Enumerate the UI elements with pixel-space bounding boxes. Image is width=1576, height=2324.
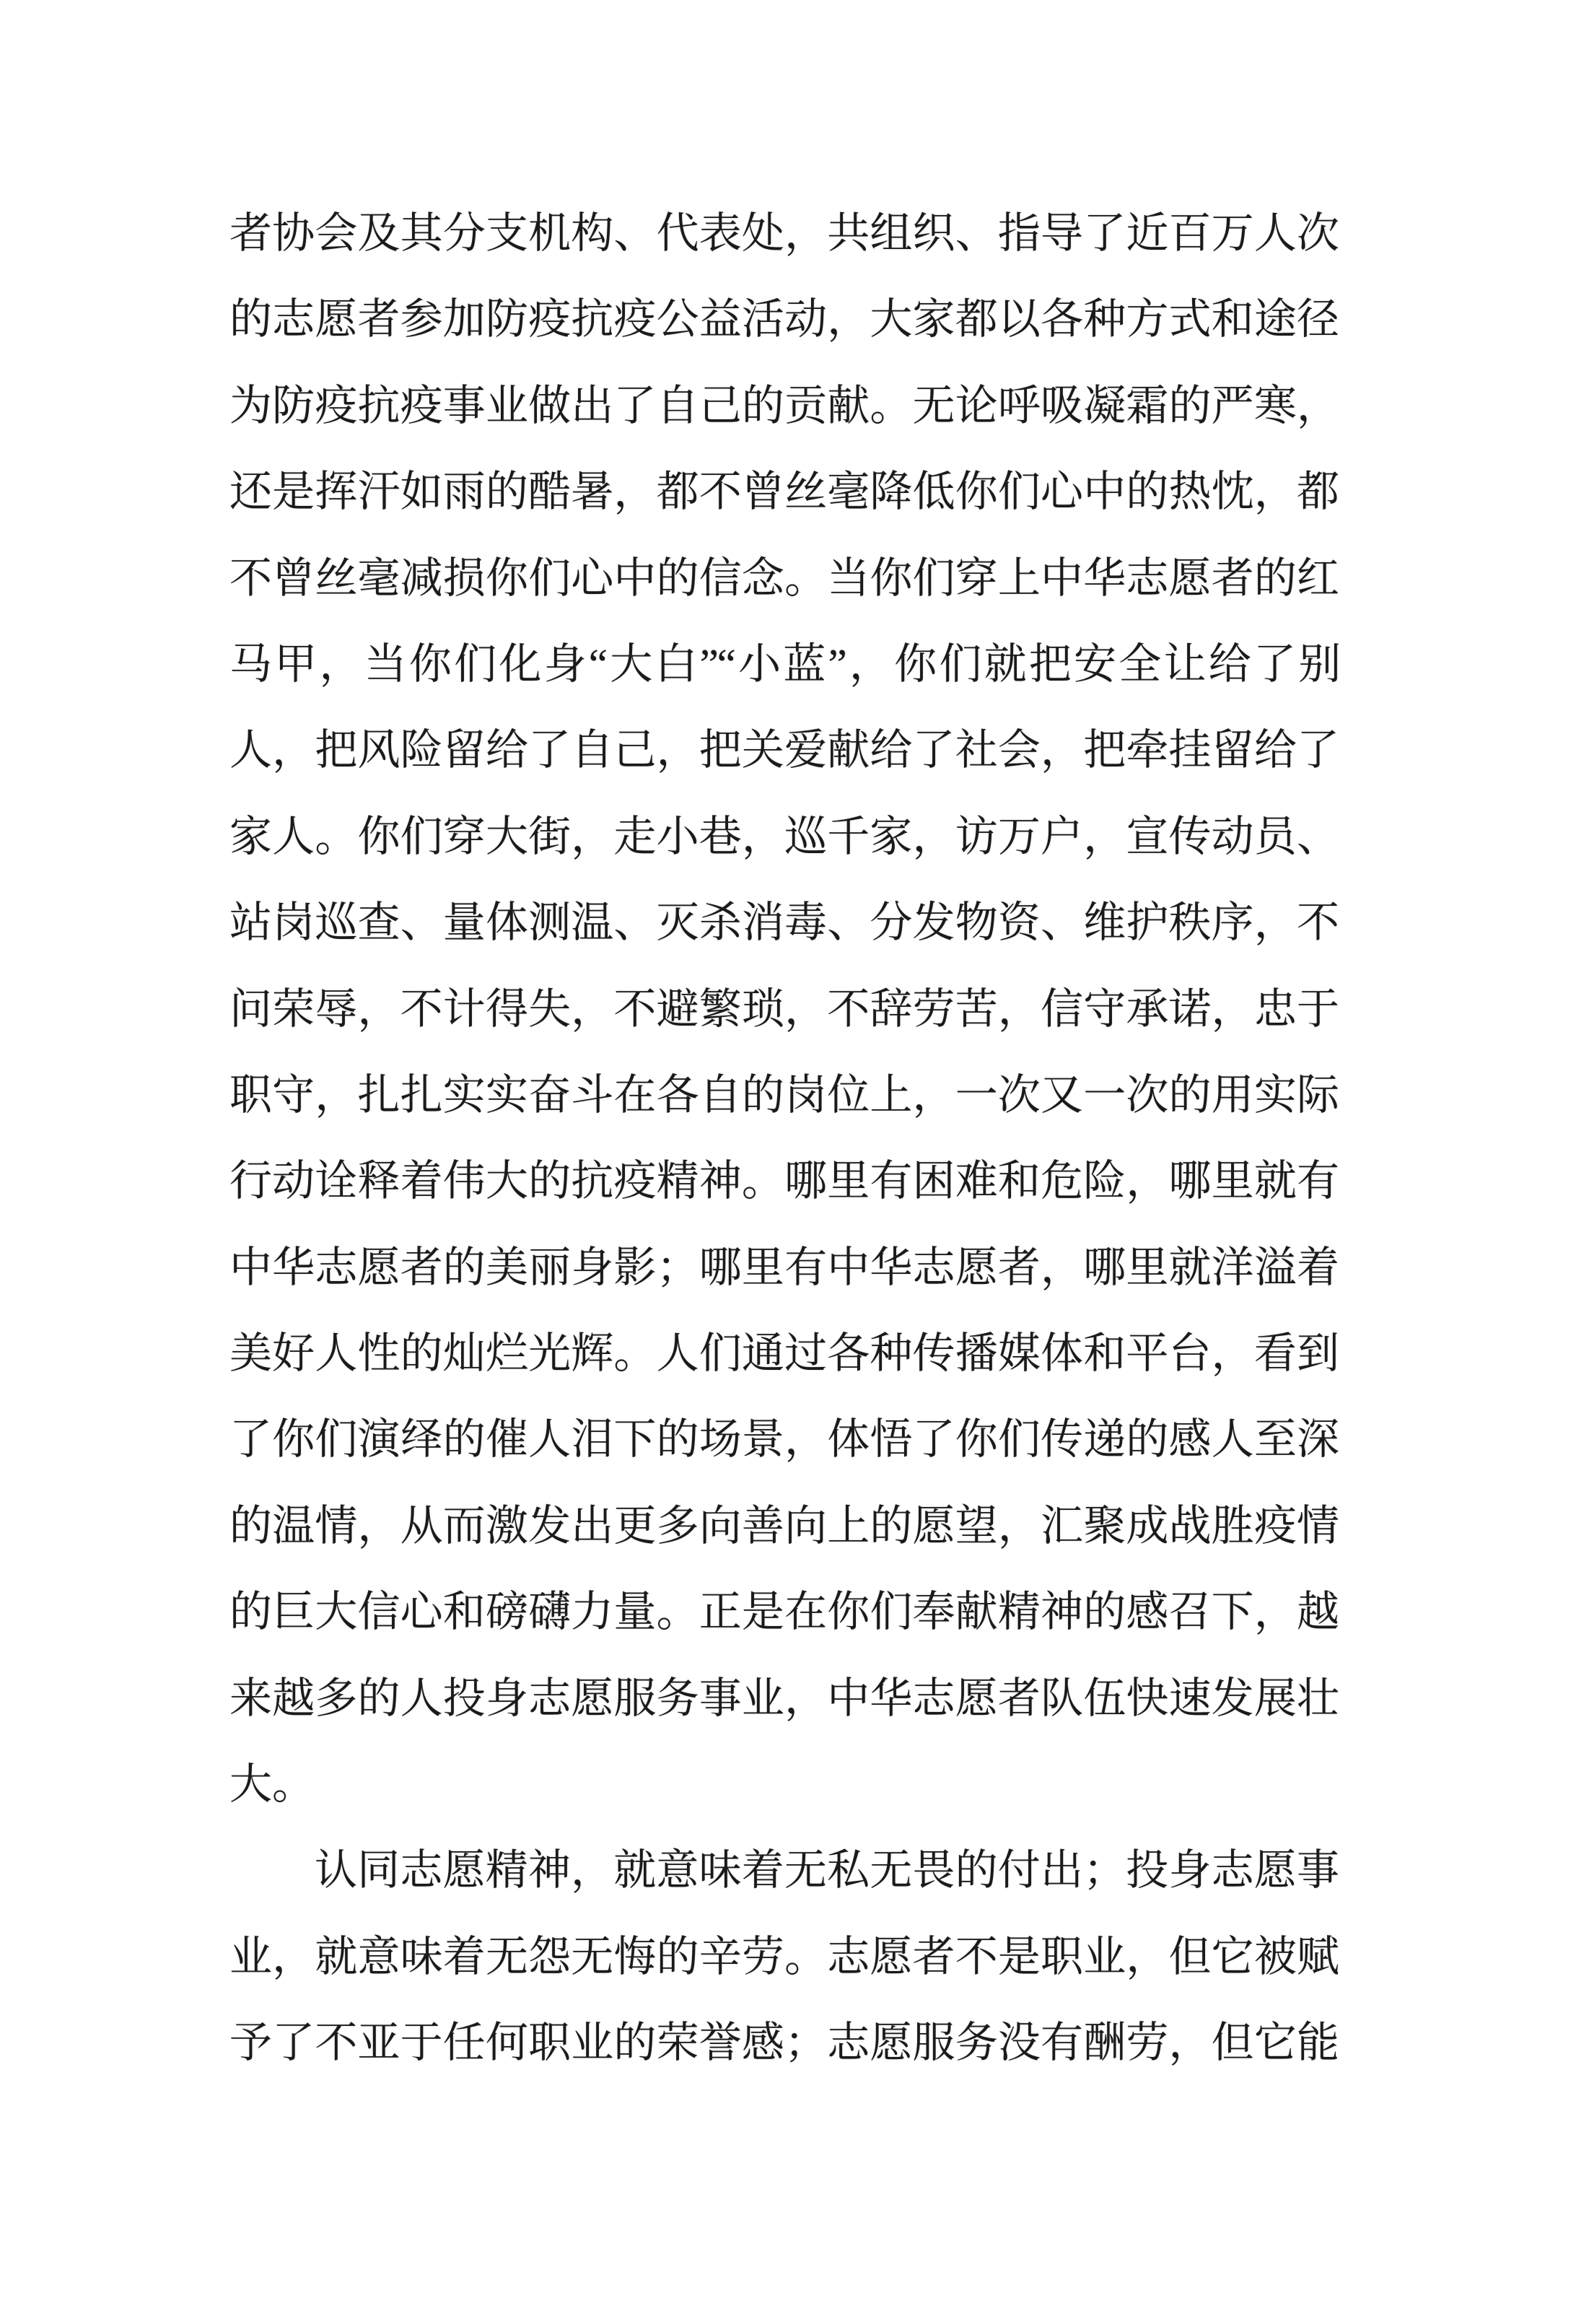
text-line: 来越多的人投身志愿服务事业，中华志愿者队伍快速发展壮 bbox=[229, 1656, 1339, 1742]
text-line: 站岗巡查、量体测温、灭杀消毒、分发物资、维护秩序，不 bbox=[229, 880, 1339, 966]
text-line: 的温情，从而激发出更多向善向上的愿望，汇聚成战胜疫情 bbox=[229, 1483, 1339, 1569]
text-line: 者协会及其分支机构、代表处，共组织、指导了近百万人次 bbox=[229, 191, 1339, 276]
text-line: 的巨大信心和磅礴力量。正是在你们奉献精神的感召下，越 bbox=[229, 1569, 1339, 1655]
text-line: 的志愿者参加防疫抗疫公益活动，大家都以各种方式和途径 bbox=[229, 276, 1339, 362]
text-line: 家人。你们穿大街，走小巷，巡千家，访万户，宣传动员、 bbox=[229, 794, 1339, 880]
text-line: 认同志愿精神，就意味着无私无畏的付出；投身志愿事 bbox=[229, 1827, 1339, 1913]
text-line: 问荣辱，不计得失，不避繁琐，不辞劳苦，信守承诺，忠于 bbox=[229, 966, 1339, 1052]
text-line: 了你们演绎的催人泪下的场景，体悟了你们传递的感人至深 bbox=[229, 1397, 1339, 1482]
text-line: 予了不亚于任何职业的荣誉感；志愿服务没有酬劳，但它能 bbox=[229, 2000, 1339, 2086]
text-line: 马甲，当你们化身“大白”“小蓝”，你们就把安全让给了别 bbox=[229, 621, 1339, 707]
text-line: 行动诠释着伟大的抗疫精神。哪里有困难和危险，哪里就有 bbox=[229, 1138, 1339, 1224]
text-line: 中华志愿者的美丽身影；哪里有中华志愿者，哪里就洋溢着 bbox=[229, 1225, 1339, 1311]
text-line: 不曾丝毫减损你们心中的信念。当你们穿上中华志愿者的红 bbox=[229, 536, 1339, 621]
text-line: 业，就意味着无怨无悔的辛劳。志愿者不是职业，但它被赋 bbox=[229, 1914, 1339, 2000]
body-text: 者协会及其分支机构、代表处，共组织、指导了近百万人次 的志愿者参加防疫抗疫公益活… bbox=[229, 191, 1339, 2087]
text-line: 还是挥汗如雨的酷暑，都不曾丝毫降低你们心中的热忱，都 bbox=[229, 449, 1339, 535]
scanned-page: 者协会及其分支机构、代表处，共组织、指导了近百万人次 的志愿者参加防疫抗疫公益活… bbox=[0, 0, 1576, 2324]
text-line: 美好人性的灿烂光辉。人们通过各种传播媒体和平台，看到 bbox=[229, 1311, 1339, 1397]
text-line: 为防疫抗疫事业做出了自己的贡献。无论呼吸凝霜的严寒， bbox=[229, 363, 1339, 449]
text-line: 人，把风险留给了自己，把关爱献给了社会，把牵挂留给了 bbox=[229, 707, 1339, 793]
text-line: 职守，扎扎实实奋斗在各自的岗位上，一次又一次的用实际 bbox=[229, 1052, 1339, 1138]
text-line: 大。 bbox=[229, 1742, 1339, 1827]
